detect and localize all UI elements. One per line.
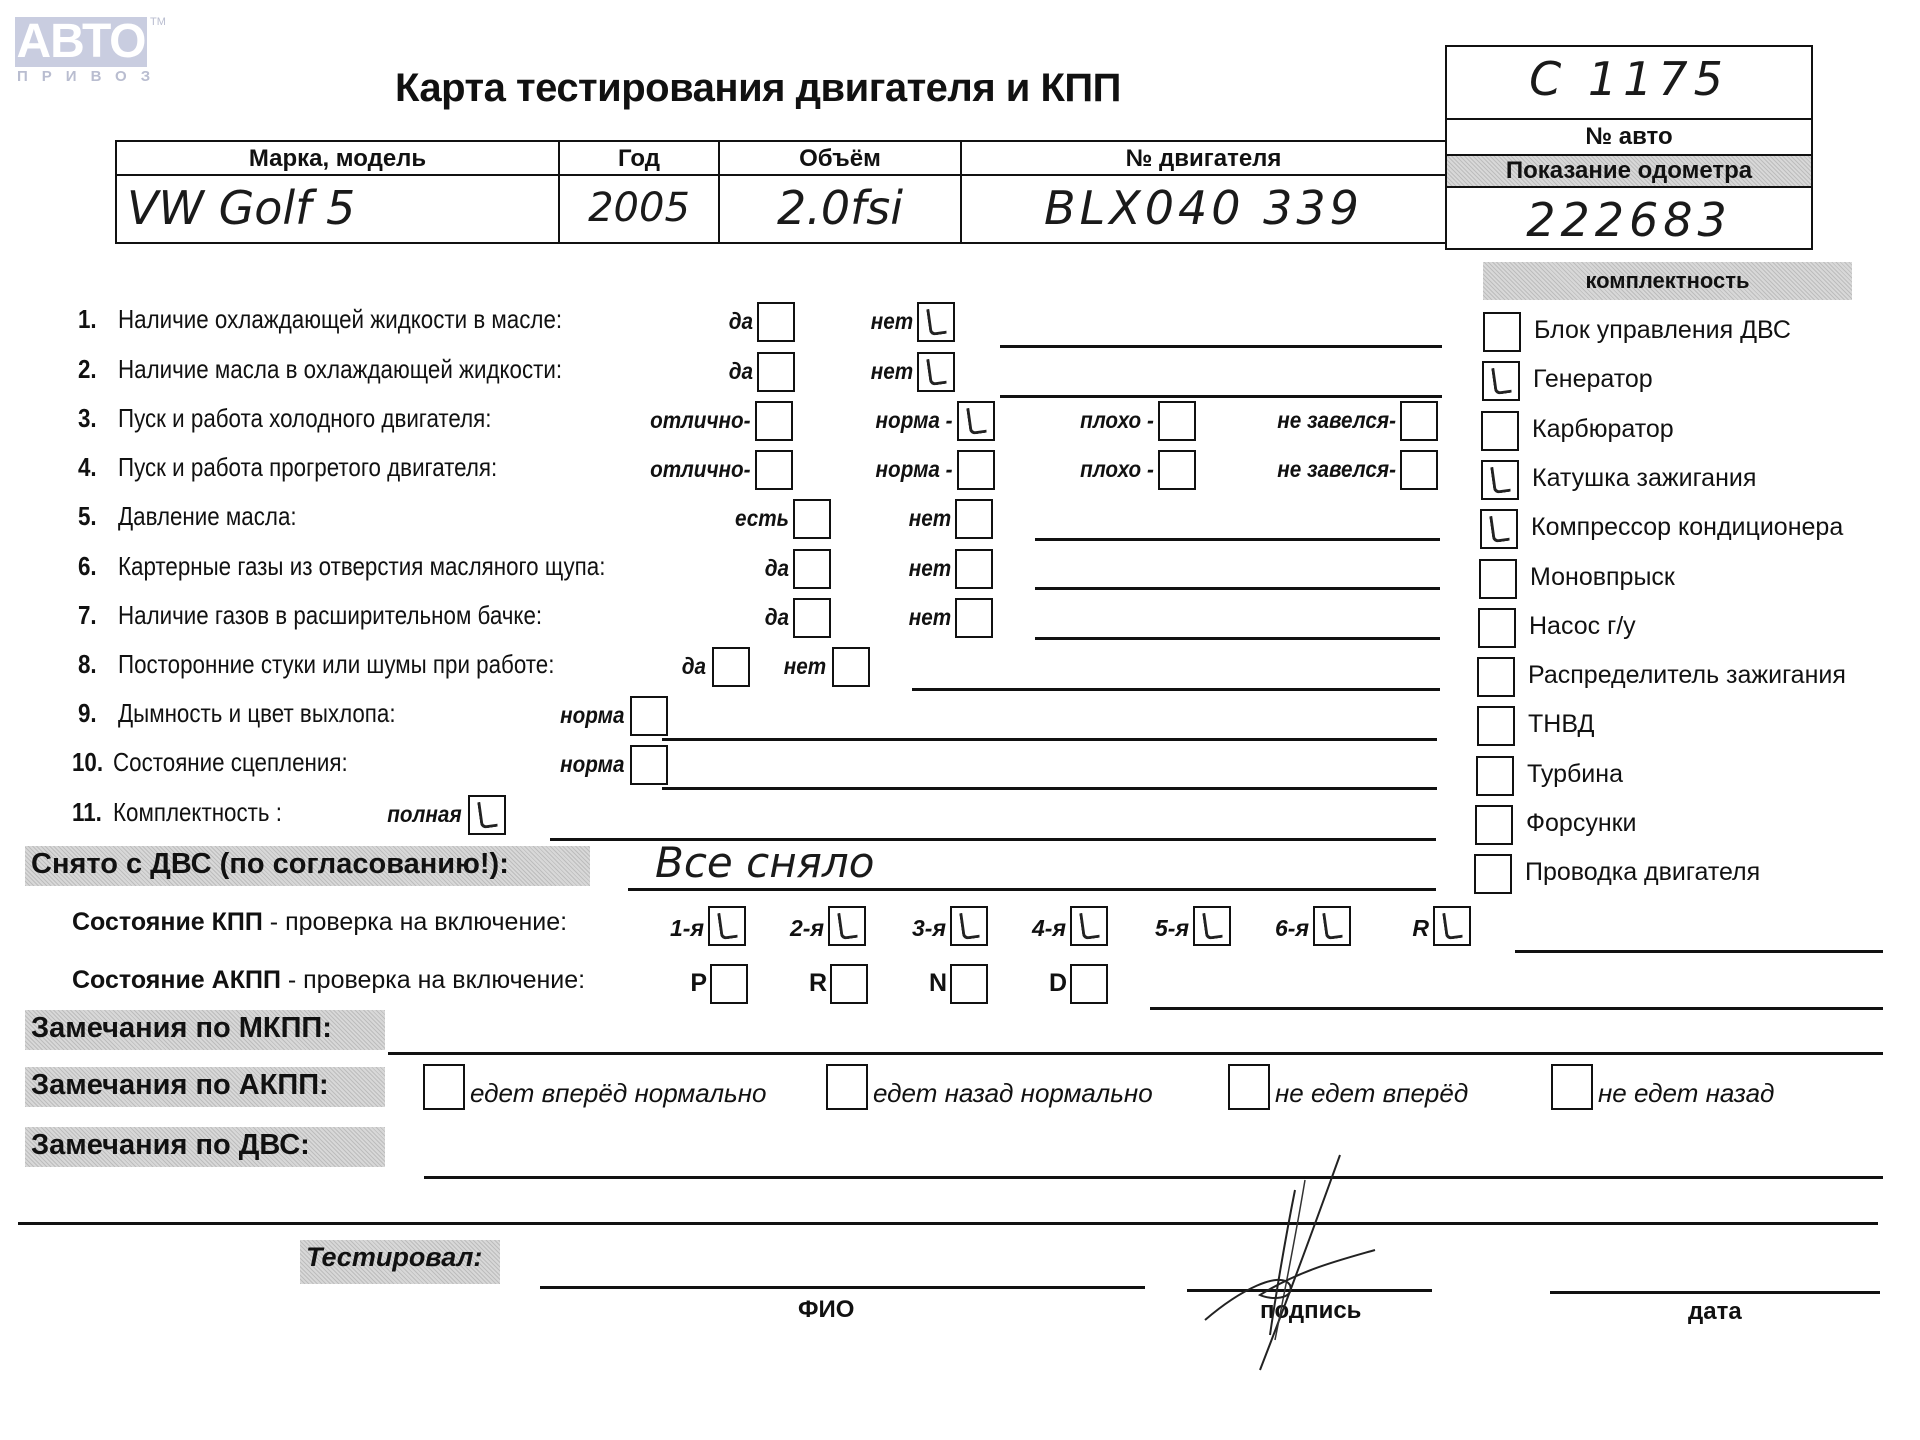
- completeness-item-label: Катушка зажигания: [1532, 464, 1756, 493]
- remarks-dvs-line-2[interactable]: [18, 1222, 1878, 1225]
- option-checkbox[interactable]: [1158, 401, 1196, 441]
- akpp-label: Состояние АКПП - проверка на включение:: [72, 966, 585, 995]
- option-label: да: [729, 308, 753, 335]
- completeness-checkbox[interactable]: [1479, 559, 1517, 599]
- option-checkbox[interactable]: [630, 696, 668, 736]
- completeness-item-label: Генератор: [1533, 365, 1653, 394]
- option-checkbox[interactable]: [793, 549, 831, 589]
- notes-line[interactable]: [912, 688, 1440, 691]
- notes-line[interactable]: [1035, 587, 1440, 590]
- col-header-engine-number: № двигателя: [960, 140, 1447, 176]
- option-label: да: [682, 653, 706, 680]
- akpp-position-checkbox[interactable]: [1070, 964, 1108, 1004]
- checklist-row-number: 2.: [78, 354, 97, 385]
- tested-by-label: Тестировал:: [300, 1240, 500, 1284]
- removed-field[interactable]: Все сняло: [655, 838, 874, 887]
- checklist-row-label: Давление масла:: [118, 501, 297, 532]
- akpp-remark-checkbox[interactable]: [423, 1064, 465, 1110]
- completeness-checkbox[interactable]: [1478, 608, 1516, 648]
- option-label: да: [729, 358, 753, 385]
- notes-line[interactable]: [1035, 637, 1440, 640]
- gear-checkbox[interactable]: [950, 906, 988, 946]
- remarks-akpp-label: Замечания по АКПП:: [25, 1067, 385, 1107]
- option-label: отлично-: [651, 407, 751, 434]
- option-label: норма: [560, 751, 624, 778]
- remarks-dvs-line[interactable]: [424, 1176, 1883, 1179]
- checklist-row-label: Комплектность :: [113, 797, 282, 828]
- option-label: да: [765, 555, 789, 582]
- removed-label: Снято с ДВС (по согласованию!):: [25, 846, 590, 886]
- checklist-row-label: Наличие газов в расширительном бачке:: [118, 600, 542, 631]
- notes-line[interactable]: [662, 738, 1437, 741]
- akpp-position-checkbox[interactable]: [950, 964, 988, 1004]
- odometer-label: Показание одометра: [1445, 154, 1813, 188]
- completeness-checkbox[interactable]: [1477, 657, 1515, 697]
- gear-checkbox[interactable]: [1070, 906, 1108, 946]
- logo-subtitle: ПРИВОЗ: [17, 68, 164, 85]
- checklist-row-number: 8.: [78, 649, 97, 680]
- completeness-checkbox[interactable]: [1476, 756, 1514, 796]
- option-label: норма -: [876, 407, 953, 434]
- akpp-position-label: N: [929, 969, 947, 998]
- notes-line[interactable]: [1035, 538, 1440, 541]
- completeness-checkbox[interactable]: [1481, 460, 1519, 500]
- logo-trademark: TM: [150, 16, 166, 28]
- checklist-row-number: 3.: [78, 403, 97, 434]
- akpp-remark-checkbox[interactable]: [1551, 1064, 1593, 1110]
- option-label: есть: [735, 505, 789, 532]
- option-label: нет: [784, 653, 826, 680]
- checklist-row-number: 5.: [78, 501, 97, 532]
- akpp-remark-label: едет назад нормально: [873, 1078, 1153, 1109]
- checklist-row-label: Дымность и цвет выхлопа:: [118, 698, 396, 729]
- option-checkbox[interactable]: [917, 302, 955, 342]
- gear-label: 2-я: [790, 915, 824, 942]
- completeness-checkbox[interactable]: [1482, 361, 1520, 401]
- kpp-label-bold: Состояние КПП: [72, 908, 263, 936]
- checklist-row-number: 7.: [78, 600, 97, 631]
- engine-number-field[interactable]: BLX040 339: [960, 174, 1447, 244]
- kpp-label-rest: - проверка на включение:: [263, 908, 567, 936]
- completeness-item-label: ТНВД: [1528, 710, 1594, 739]
- checklist-row-label: Состояние сцепления:: [113, 747, 348, 778]
- option-label: полная: [388, 801, 462, 828]
- make-model-field[interactable]: VW Golf 5: [115, 174, 560, 244]
- akpp-label-rest: - проверка на включение:: [281, 966, 585, 994]
- option-label: норма: [560, 702, 624, 729]
- completeness-item-label: Карбюратор: [1532, 415, 1674, 444]
- kpp-label: Состояние КПП - проверка на включение:: [72, 908, 567, 937]
- date-line[interactable]: [1550, 1291, 1880, 1294]
- completeness-item-label: Насос г/у: [1529, 612, 1636, 641]
- logo: АВТО: [15, 17, 147, 67]
- option-checkbox[interactable]: [917, 352, 955, 392]
- akpp-remark-checkbox[interactable]: [1228, 1064, 1270, 1110]
- option-label: плохо -: [1080, 456, 1154, 483]
- year-field[interactable]: 2005: [558, 174, 720, 244]
- plate-field[interactable]: C 1175: [1445, 45, 1813, 120]
- akpp-remark-label: не едет назад: [1598, 1078, 1774, 1109]
- completeness-checkbox[interactable]: [1480, 509, 1518, 549]
- completeness-item-label: Моновпрыск: [1530, 563, 1675, 592]
- gear-label: 3-я: [912, 915, 946, 942]
- gear-checkbox[interactable]: [828, 906, 866, 946]
- removed-underline: [628, 888, 1436, 891]
- odometer-field[interactable]: 222683: [1445, 186, 1813, 250]
- gear-label: 5-я: [1155, 915, 1189, 942]
- option-checkbox[interactable]: [468, 795, 506, 835]
- akpp-remark-label: едет вперёд нормально: [470, 1078, 766, 1109]
- completeness-item-label: Турбина: [1527, 760, 1623, 789]
- option-checkbox[interactable]: [1400, 450, 1438, 490]
- gear-checkbox[interactable]: [1433, 906, 1471, 946]
- signature-scribble: [1200, 1150, 1400, 1380]
- option-label: нет: [871, 358, 913, 385]
- gear-label: 6-я: [1275, 915, 1309, 942]
- completeness-checkbox[interactable]: [1474, 854, 1512, 894]
- akpp-position-label: R: [809, 969, 827, 998]
- akpp-remark-checkbox[interactable]: [826, 1064, 868, 1110]
- col-header-year: Год: [558, 140, 720, 176]
- option-label: нет: [909, 555, 951, 582]
- option-label: да: [765, 604, 789, 631]
- option-label: нет: [871, 308, 913, 335]
- option-checkbox[interactable]: [957, 401, 995, 441]
- notes-line[interactable]: [1000, 345, 1442, 348]
- akpp-position-checkbox[interactable]: [710, 964, 748, 1004]
- option-label: не завелся-: [1277, 456, 1396, 483]
- notes-line[interactable]: [1000, 395, 1442, 398]
- option-label: нет: [909, 505, 951, 532]
- checklist-row-label: Пуск и работа холодного двигателя:: [118, 403, 491, 434]
- option-checkbox[interactable]: [955, 598, 993, 638]
- option-checkbox[interactable]: [755, 450, 793, 490]
- completeness-checkbox[interactable]: [1477, 706, 1515, 746]
- completeness-checkbox[interactable]: [1481, 411, 1519, 451]
- gear-checkbox[interactable]: [1193, 906, 1231, 946]
- gear-checkbox[interactable]: [708, 906, 746, 946]
- akpp-position-checkbox[interactable]: [830, 964, 868, 1004]
- akpp-position-label: P: [690, 969, 707, 998]
- akpp-position-label: D: [1049, 969, 1067, 998]
- option-checkbox[interactable]: [955, 499, 993, 539]
- option-checkbox[interactable]: [1158, 450, 1196, 490]
- option-label: не завелся-: [1277, 407, 1396, 434]
- gear-label: 4-я: [1032, 915, 1066, 942]
- checklist-row-label: Наличие охлаждающей жидкости в масле:: [118, 304, 562, 335]
- checklist-row-number: 1.: [78, 304, 97, 335]
- option-label: плохо -: [1080, 407, 1154, 434]
- completeness-item-label: Форсунки: [1526, 809, 1637, 838]
- plate-label: № авто: [1445, 118, 1813, 156]
- remarks-dvs-label: Замечания по ДВС:: [25, 1127, 385, 1167]
- checklist-row-label: Пуск и работа прогретого двигателя:: [118, 452, 497, 483]
- remarks-mkpp-line[interactable]: [388, 1052, 1883, 1055]
- akpp-remark-label: не едет вперёд: [1275, 1078, 1468, 1109]
- option-checkbox[interactable]: [757, 352, 795, 392]
- option-checkbox[interactable]: [832, 647, 870, 687]
- fio-line[interactable]: [540, 1286, 1145, 1289]
- gear-label: R: [1412, 915, 1429, 942]
- completeness-header: комплектность: [1483, 262, 1852, 300]
- completeness-item-label: Компрессор кондиционера: [1531, 513, 1843, 542]
- gear-label: 1-я: [670, 915, 704, 942]
- option-checkbox[interactable]: [1400, 401, 1438, 441]
- checklist-row-number: 4.: [78, 452, 97, 483]
- option-checkbox[interactable]: [957, 450, 995, 490]
- checklist-row-number: 9.: [78, 698, 97, 729]
- checklist-row-label: Картерные газы из отверстия масляного щу…: [118, 551, 605, 582]
- option-checkbox[interactable]: [630, 745, 668, 785]
- date-caption: дата: [1688, 1298, 1742, 1326]
- gear-checkbox[interactable]: [1313, 906, 1351, 946]
- completeness-checkbox[interactable]: [1475, 805, 1513, 845]
- akpp-underline: [1150, 1007, 1883, 1010]
- remarks-mkpp-label: Замечания по МКПП:: [25, 1010, 385, 1050]
- notes-line[interactable]: [662, 787, 1437, 790]
- col-header-make-model: Марка, модель: [115, 140, 560, 176]
- akpp-label-bold: Состояние АКПП: [72, 966, 281, 994]
- option-label: отлично-: [651, 456, 751, 483]
- kpp-underline: [1515, 950, 1883, 953]
- checklist-row-number: 6.: [78, 551, 97, 582]
- option-checkbox[interactable]: [712, 647, 750, 687]
- option-label: норма -: [876, 456, 953, 483]
- option-label: нет: [909, 604, 951, 631]
- checklist-row-label: Наличие масла в охлаждающей жидкости:: [118, 354, 562, 385]
- option-checkbox[interactable]: [755, 401, 793, 441]
- checklist-row-number: 10.: [72, 747, 103, 778]
- col-header-volume: Объём: [718, 140, 962, 176]
- option-checkbox[interactable]: [793, 598, 831, 638]
- checklist-row-label: Посторонние стуки или шумы при работе:: [118, 649, 554, 680]
- volume-field[interactable]: 2.0fsi: [718, 174, 962, 244]
- completeness-item-label: Блок управления ДВС: [1534, 316, 1791, 345]
- completeness-item-label: Распределитель зажигания: [1528, 661, 1846, 690]
- option-checkbox[interactable]: [757, 302, 795, 342]
- checklist-row-number: 11.: [72, 797, 102, 828]
- fio-caption: ФИО: [798, 1296, 854, 1324]
- logo-brand: АВТО: [17, 15, 146, 68]
- completeness-checkbox[interactable]: [1483, 312, 1521, 352]
- option-checkbox[interactable]: [955, 549, 993, 589]
- option-checkbox[interactable]: [793, 499, 831, 539]
- completeness-item-label: Проводка двигателя: [1525, 858, 1760, 887]
- page-title: Карта тестирования двигателя и КПП: [395, 66, 1121, 111]
